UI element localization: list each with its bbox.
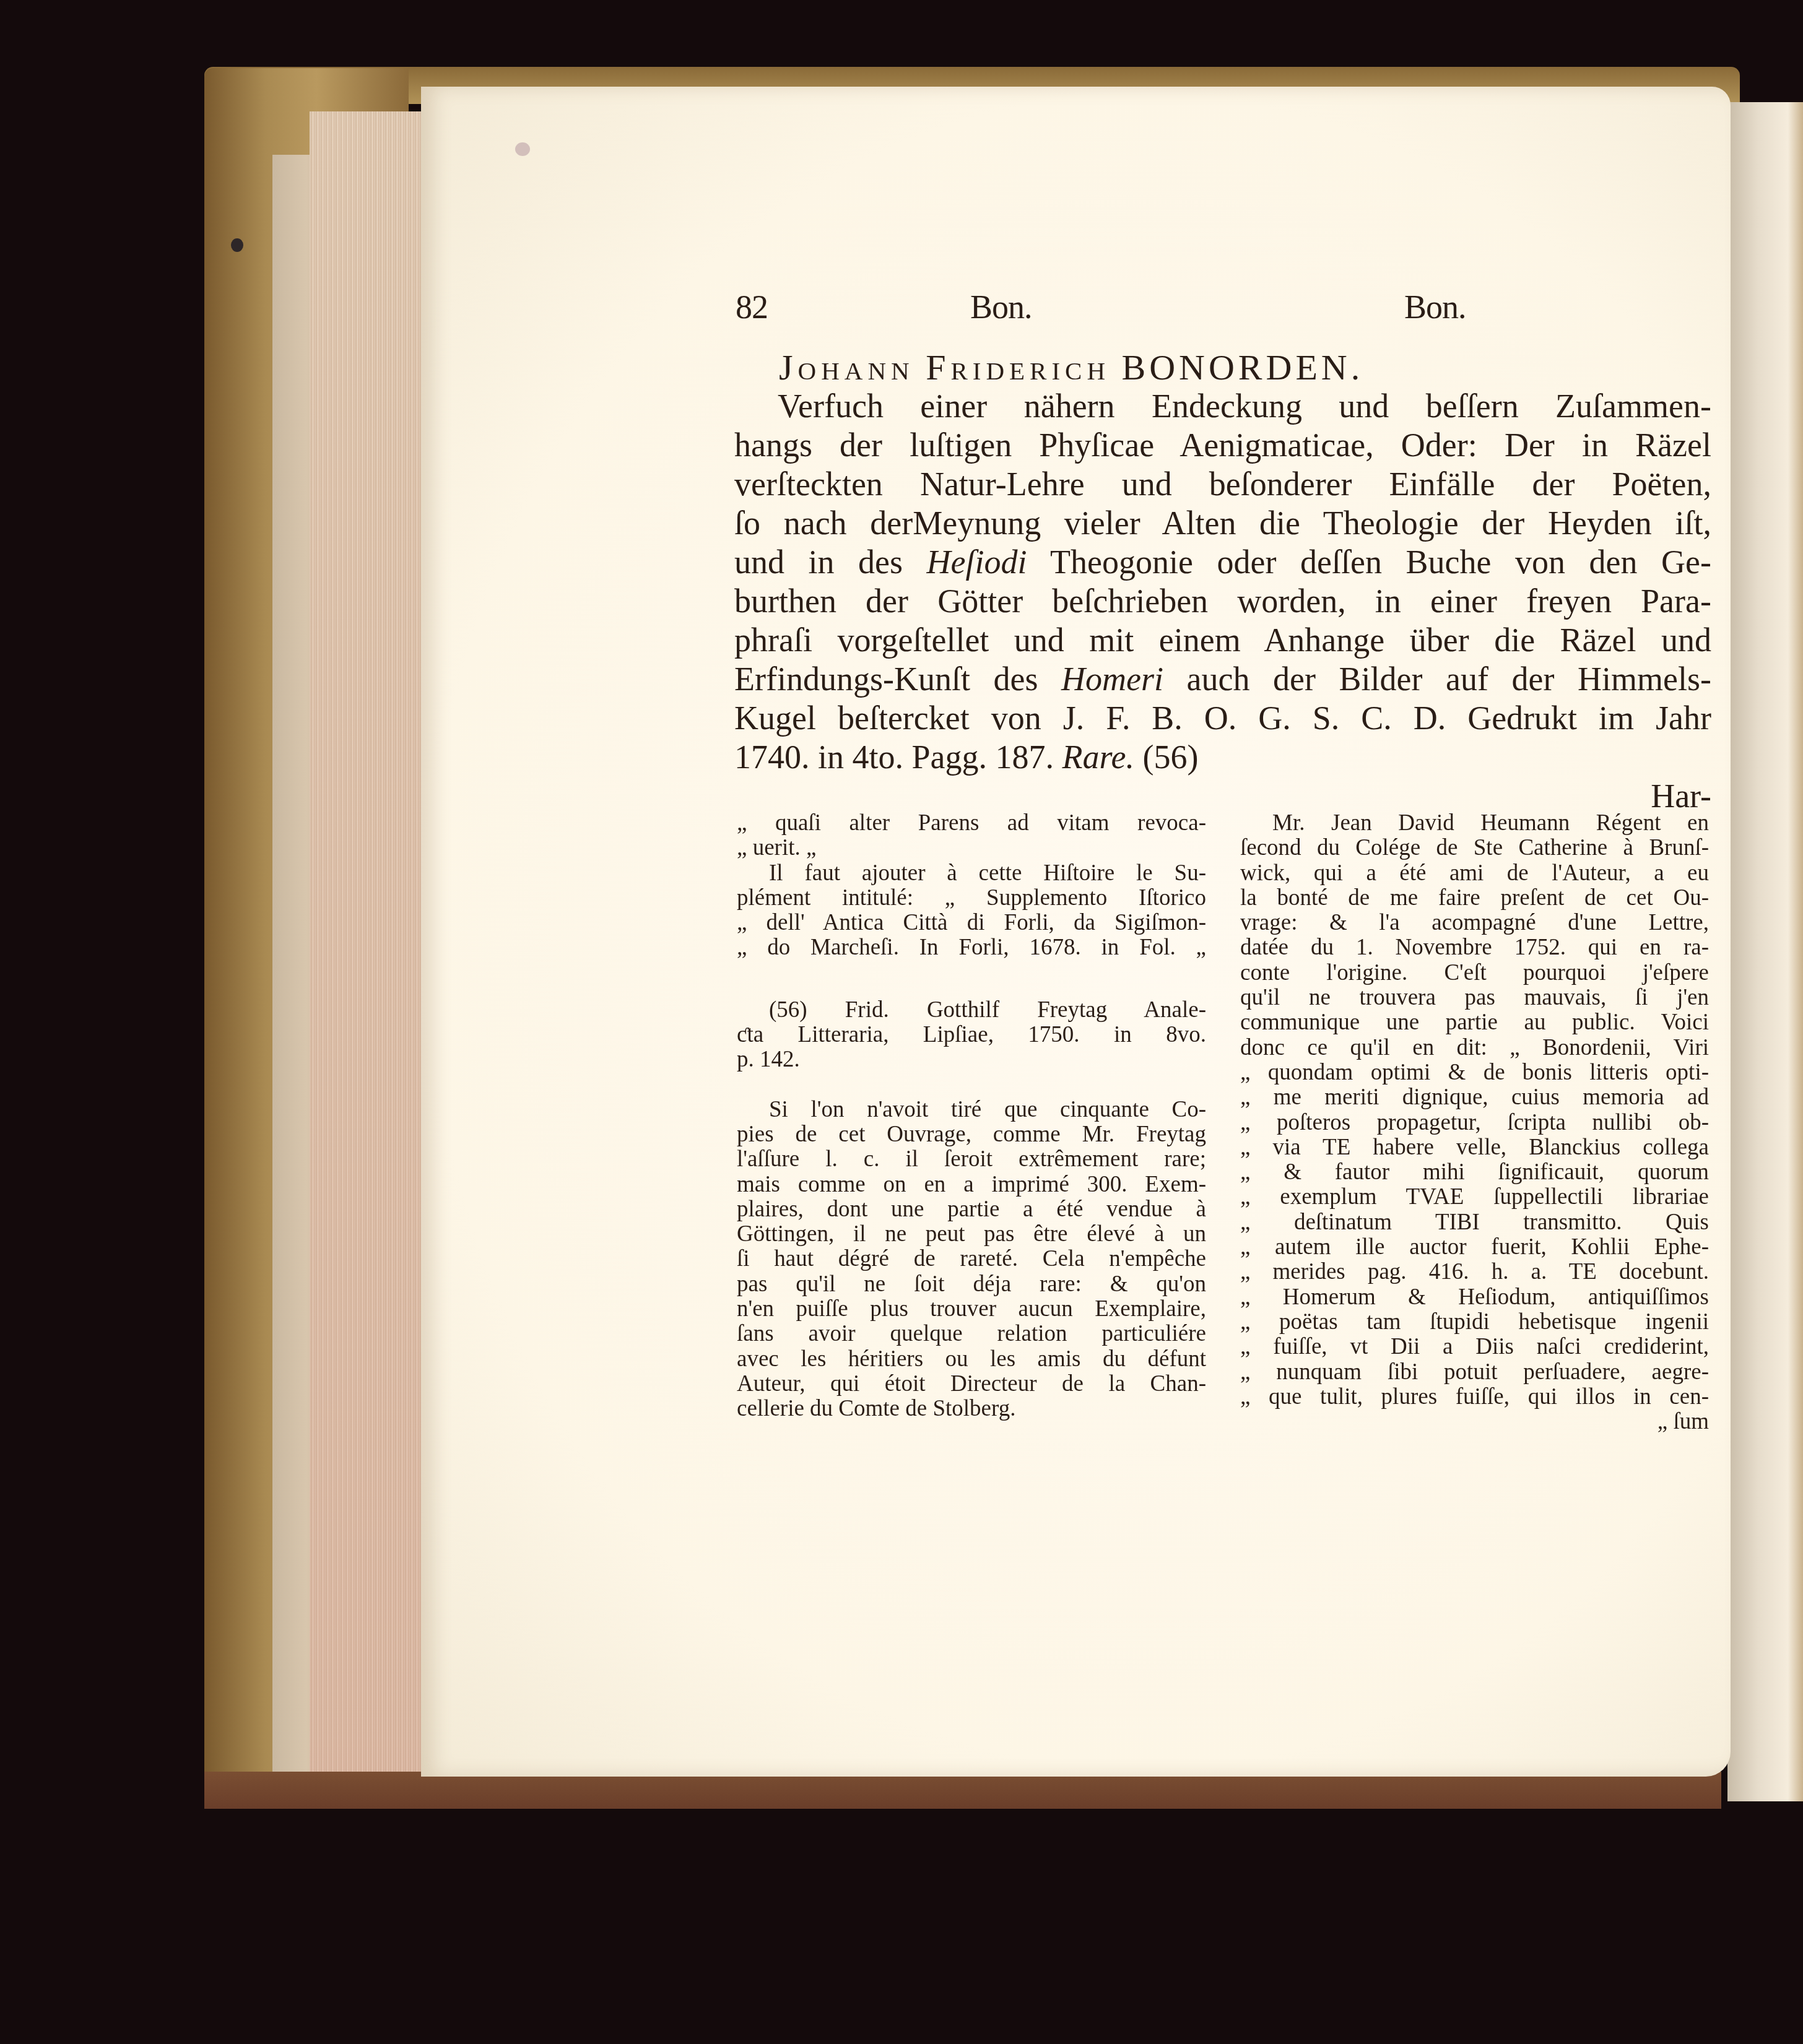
column-line: „ deſtinatum TIBI transmitto. Quis: [1240, 1210, 1709, 1235]
catchword-right: „ ſum: [1240, 1410, 1709, 1434]
italic-run: Heſiodi: [927, 543, 1027, 581]
column-line: Göttingen, il ne peut pas être élevé à u…: [737, 1222, 1206, 1247]
column-line: „ fuiſſe, vt Dii a Diis naſci crediderin…: [1240, 1335, 1709, 1359]
author-surname: BONORDEN.: [1122, 347, 1364, 388]
binding-nail: [231, 238, 243, 252]
text-run: 1740. in 4to. Pagg. 187.: [734, 738, 1062, 776]
column-line: datée du 1. Novembre 1752. qui en ra-: [1240, 935, 1709, 960]
text-run: Erfindungs-Kunſt des: [734, 660, 1061, 698]
column-line: „ poſteros propagetur, ſcripta nullibi o…: [1240, 1111, 1709, 1135]
text-run: auch der Bilder auf der Himmels-: [1163, 660, 1711, 698]
column-line: mais comme on en a imprimé 300. Exem-: [737, 1172, 1206, 1197]
column-line: pies de cet Ouvrage, comme Mr. Freytag: [737, 1122, 1206, 1147]
footnote-line: ƈta Litteraria, Lipſiae, 1750. in 8vo.: [737, 1023, 1206, 1047]
text-run: und in des: [734, 543, 927, 581]
title-line: Kugel beſtercket von J. F. B. O. G. S. C…: [734, 699, 1711, 738]
column-line: „ uerit. „: [737, 836, 1206, 860]
column-line: cellerie du Comte de Stolberg.: [737, 1397, 1206, 1421]
column-line: vrage: & l'a acompagné d'une Lettre,: [1240, 911, 1709, 935]
facing-page-edge: [1727, 102, 1803, 1801]
book-board-bottom: [204, 1772, 1721, 1809]
title-line: und in des Heſiodi Theogonie oder deſſen…: [734, 543, 1711, 582]
spacer: [737, 961, 1206, 998]
title-line: hangs der luſtigen Phyſicae Aenigmaticae…: [734, 426, 1711, 465]
column-line: l'aſſure l. c. il ſeroit extrêmement rar…: [737, 1147, 1206, 1172]
italic-run: Rare.: [1062, 738, 1134, 776]
column-line: communique une partie au public. Voici: [1240, 1010, 1709, 1035]
column-line: ſecond du Colége de Ste Catherine à Brun…: [1240, 836, 1709, 860]
column-line: plaires, dont une partie a été vendue à: [737, 1197, 1206, 1222]
title-line: burthen der Götter beſchrieben worden, i…: [734, 582, 1711, 621]
column-line: ſans avoir quelque relation particuliére: [737, 1322, 1206, 1346]
left-column: „ quaſi alter Parens ad vitam revoca- „ …: [737, 811, 1206, 1422]
column-line: Mr. Jean David Heumann Régent en: [1240, 811, 1709, 836]
running-head-left: Bon.: [970, 288, 1032, 326]
page-number: 82: [736, 288, 768, 326]
column-line: „ poëtas tam ſtupidi hebetisque ingenii: [1240, 1310, 1709, 1335]
column-line: Il faut ajouter à cette Hiſtoire le Su-: [737, 861, 1206, 886]
running-head-right: Bon.: [1404, 288, 1466, 326]
column-line: „ exemplum TVAE ſuppellectili librariae: [1240, 1185, 1709, 1210]
column-line: „ que tulit, plures fuiſſe, qui illos in…: [1240, 1385, 1709, 1410]
column-line: „ autem ille auctor fuerit, Kohlii Ephe-: [1240, 1235, 1709, 1260]
entry-author: Johann Friderich BONORDEN.: [779, 347, 1708, 388]
spacer: [737, 1073, 1206, 1098]
title-line: Verfuch einer nähern Endeckung und beſſe…: [734, 387, 1711, 426]
paper-spot: [515, 142, 530, 156]
column-line: „ quaſi alter Parens ad vitam revoca-: [737, 811, 1206, 836]
column-line: plément intitulé: „ Supplemento Iſtorico: [737, 886, 1206, 911]
title-line: ſo nach derMeynung vieler Alten die Theo…: [734, 504, 1711, 543]
column-line: conte l'origine. C'eſt pourquoi j'eſpere: [1240, 961, 1709, 985]
column-line: qu'il ne trouvera pas mauvais, ſi j'en: [1240, 985, 1709, 1010]
column-line: pas qu'il ne ſoit déja rare: & qu'on: [737, 1272, 1206, 1297]
column-line: „ dell' Antica Città di Forli, da Sigiſm…: [737, 911, 1206, 935]
right-column: Mr. Jean David Heumann Régent en ſecond …: [1240, 811, 1709, 1434]
footnote-line: (56) Frid. Gotthilf Freytag Anale-: [737, 998, 1206, 1023]
title-line: phraſi vorgeſtellet und mit einem Anhang…: [734, 621, 1711, 660]
column-line: „ & fautor mihi ſignificauit, quorum: [1240, 1160, 1709, 1185]
column-line: n'en puiſſe plus trouver aucun Exemplair…: [737, 1297, 1206, 1322]
title-line: 1740. in 4to. Pagg. 187. Rare. (56): [734, 738, 1711, 777]
column-line: Auteur, qui étoit Directeur de la Chan-: [737, 1372, 1206, 1397]
column-line: „ do Marcheſi. In Forli, 1678. in Fol. „: [737, 935, 1206, 960]
title-line: verſteckten Natur-Lehre und beſonderer E…: [734, 465, 1711, 504]
italic-run: Homeri: [1061, 660, 1163, 698]
column-line: „ nunquam ſibi potuit perſuadere, aegre-: [1240, 1360, 1709, 1385]
entry-title: Verfuch einer nähern Endeckung und beſſe…: [734, 387, 1711, 816]
column-line: „ Homerum & Heſiodum, antiquiſſimos: [1240, 1285, 1709, 1310]
title-line: Erfindungs-Kunſt des Homeri auch der Bil…: [734, 660, 1711, 699]
column-line: Si l'on n'avoit tiré que cinquante Co-: [737, 1098, 1206, 1122]
text-run: Theogonie oder deſſen Buche von den Ge-: [1027, 543, 1711, 581]
column-line: wick, qui a été ami de l'Auteur, a eu: [1240, 861, 1709, 886]
column-line: „ via TE habere velle, Blanckius collega: [1240, 1135, 1709, 1160]
footnote-line: p. 142.: [737, 1047, 1206, 1072]
column-line: donc ce qu'il en dit: „ Bonordenii, Viri: [1240, 1036, 1709, 1060]
column-line: avec les héritiers ou les amis du défunt: [737, 1347, 1206, 1372]
column-line: „ me meriti dignique, cuius memoria ad: [1240, 1085, 1709, 1110]
column-line: „ quondam optimi & de bonis litteris opt…: [1240, 1060, 1709, 1085]
text-run: (56): [1134, 738, 1198, 776]
column-line: ſi haut dégré de rareté. Cela n'empêche: [737, 1247, 1206, 1271]
column-line: „ merides pag. 416. h. a. TE docebunt.: [1240, 1260, 1709, 1284]
page-edge-stain: [310, 111, 421, 1783]
author-given-2: Friderich: [926, 347, 1110, 388]
author-given-1: Johann: [779, 347, 915, 388]
column-line: la bonté de me faire preſent de cet Ou-: [1240, 886, 1709, 911]
